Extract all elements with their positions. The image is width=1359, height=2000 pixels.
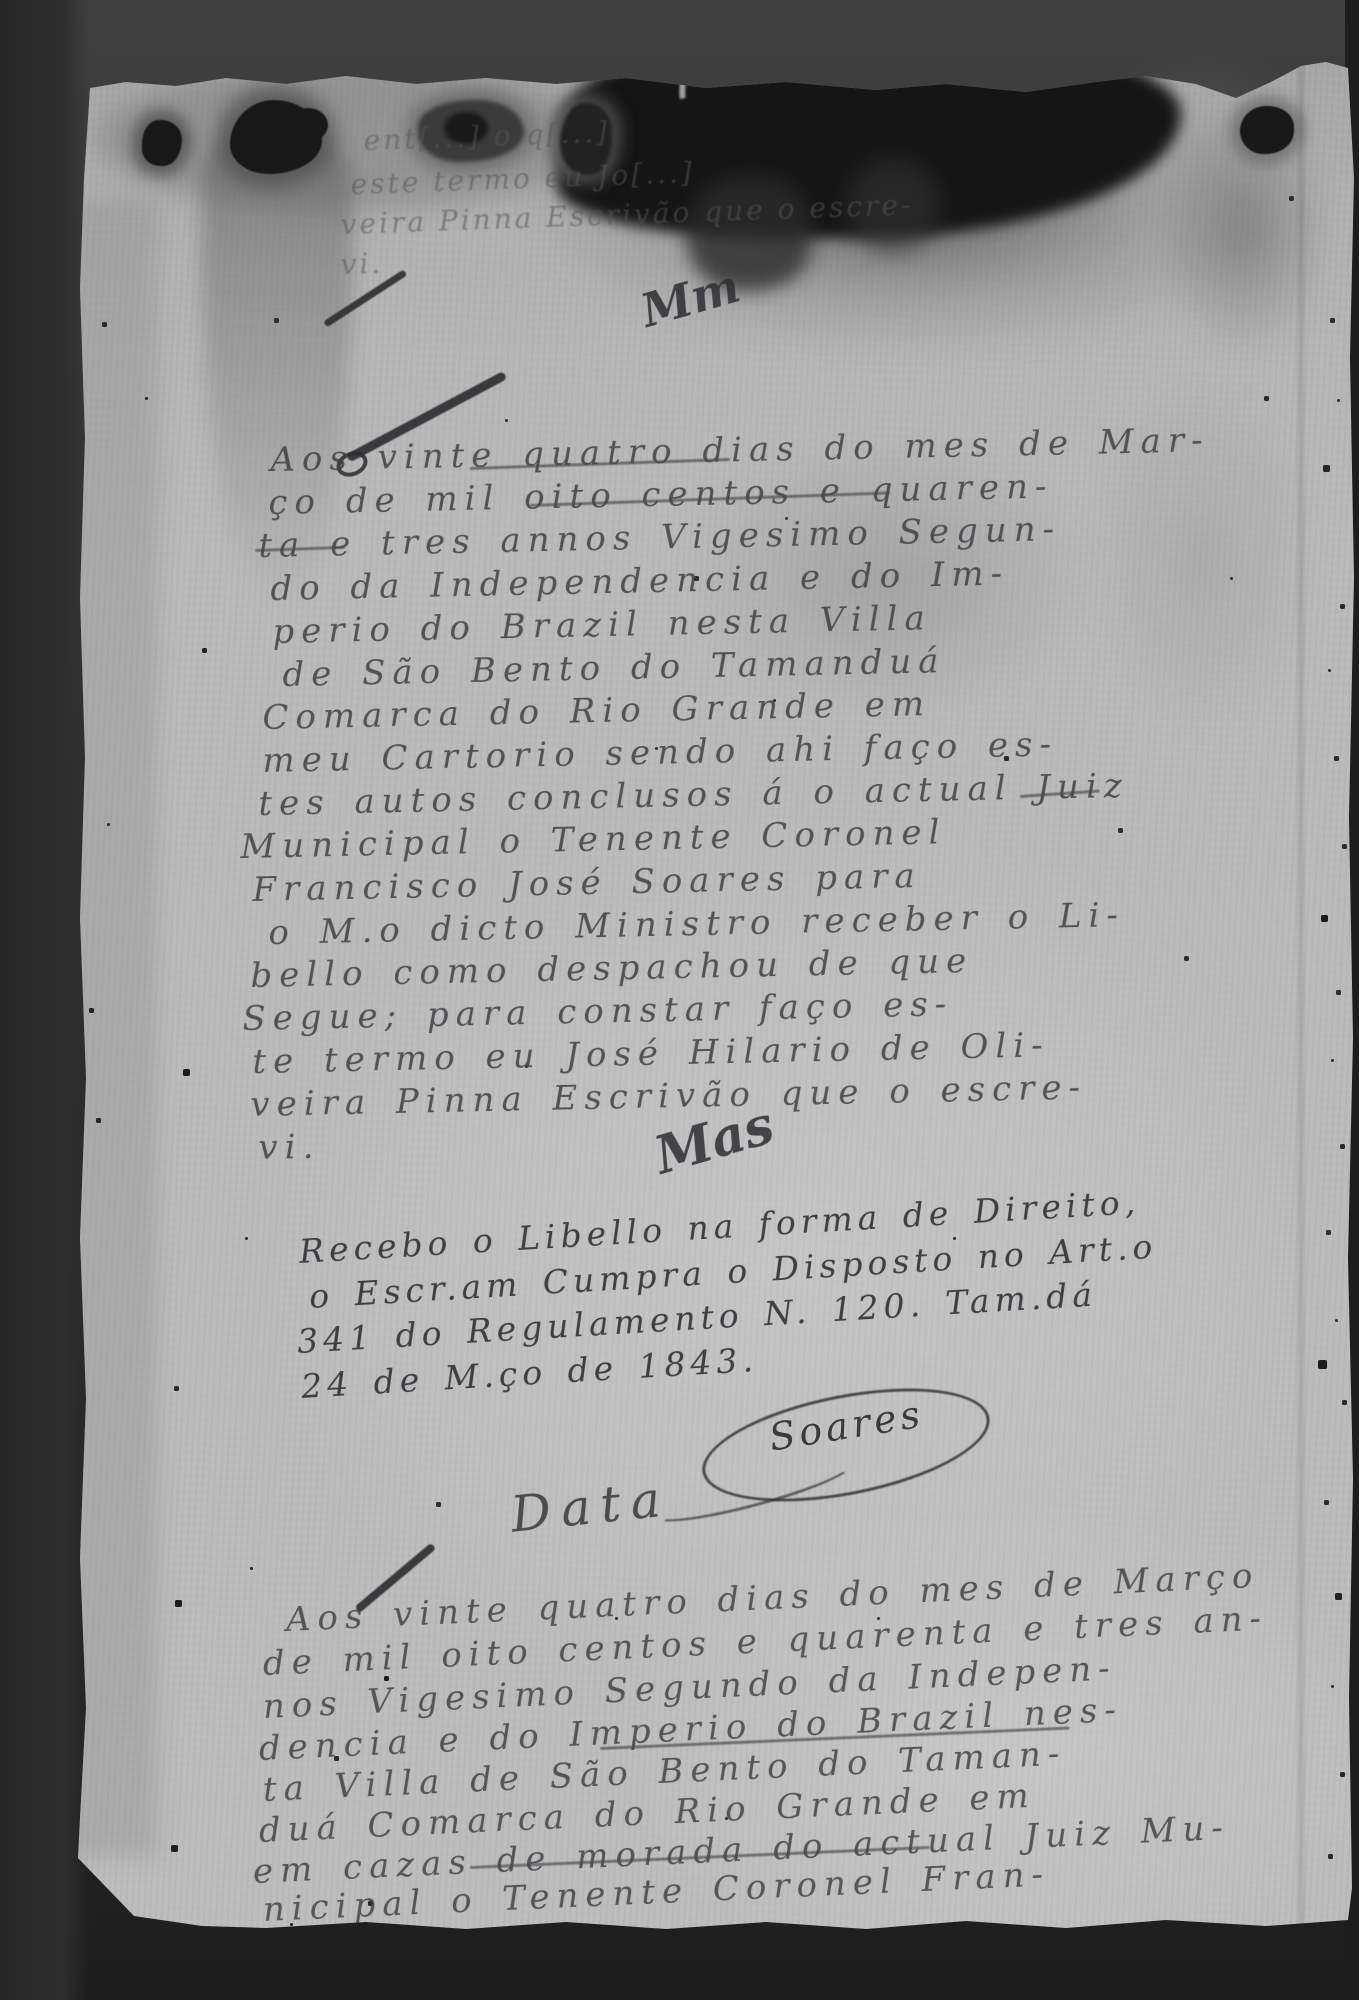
termo-line: vi. bbox=[258, 1127, 321, 1168]
paper-sheet: ent[...] o q[...] este termo eu Jo[...] … bbox=[78, 58, 1354, 1934]
paper-crease bbox=[1295, 58, 1307, 1934]
wormhole bbox=[230, 100, 322, 174]
wormhole bbox=[1240, 106, 1294, 154]
show-through-stain bbox=[1036, 318, 1359, 808]
marginal-line: vi. bbox=[340, 247, 384, 281]
scanner-bed-shadow bbox=[0, 0, 90, 2000]
scanned-page: ent[...] o q[...] este termo eu Jo[...] … bbox=[0, 0, 1359, 2000]
